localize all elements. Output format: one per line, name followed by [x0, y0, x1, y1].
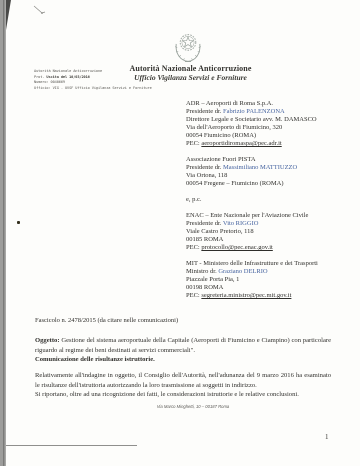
recipient-pec-line: PEC: protocollo@pec.enac.gov.it	[186, 244, 351, 252]
recipient-list: ADR – Aeroporti di Roma S.p.A. President…	[186, 100, 351, 308]
recipient-president-line: Presidente dr. Fabrizio PALENZONA	[186, 108, 351, 116]
person-link-riggio[interactable]: Vito RIGGIO	[223, 220, 259, 227]
pec-link-adr[interactable]: aeroportidiromaspa@pec.adr.it	[201, 140, 281, 147]
recipient-pec-line: PEC: segreteria.ministro@pec.mit.gov.it	[186, 292, 351, 300]
recipient-pec-line: PEC: aeroportidiromaspa@pec.adr.it	[186, 140, 351, 148]
subject-paragraph: Oggetto: Gestione del sistema aeroportua…	[35, 336, 331, 365]
pec-link-enac[interactable]: protocollo@pec.enac.gov.it	[201, 244, 272, 251]
person-link-mattiuzzo[interactable]: Massimiliano MATTIUZZO	[223, 164, 297, 171]
cc-label: e, p.c.	[186, 196, 351, 204]
recipient-name: ADR – Aeroporti di Roma S.p.A.	[186, 100, 351, 108]
recipient-adr: ADR – Aeroporti di Roma S.p.A. President…	[186, 100, 351, 148]
body-paragraph-1: Relativamente all'indagine in oggetto, i…	[35, 371, 331, 390]
recipient-city: 00054 Fiumicino (ROMA)	[186, 132, 351, 140]
scan-corner-artifact	[6, 0, 11, 30]
recipient-city: 00185 ROMA	[186, 236, 351, 244]
recipient-street: Piazzale Porta Pia, 1	[186, 276, 351, 284]
recipient-street: Viale Castro Pretorio, 118	[186, 228, 351, 236]
body-paragraph-2: Si riportano, oltre ad una ricognizione …	[35, 390, 331, 400]
italian-republic-emblem-icon	[169, 27, 207, 64]
footer-address: Via Marco Minghetti, 10 – 00187 Roma	[63, 404, 323, 409]
subject-bold-line: Comunicazione delle risultanze istruttor…	[35, 355, 331, 365]
recipient-name: ENAC – Ente Nazionale per l'Aviazione Ci…	[186, 212, 351, 220]
recipient-minister-line: Ministro dr. Graziano DELRIO	[186, 268, 351, 276]
recipient-mit: MIT - Ministero delle Infrastrutture e d…	[186, 260, 351, 300]
person-link-palenzona[interactable]: Fabrizio PALENZONA	[223, 108, 285, 115]
fascicolo-reference: Fascicolo n. 2478/2015 (da citare nelle …	[35, 317, 335, 324]
recipient-president-line: Presidente dr. Vito RIGGIO	[186, 220, 351, 228]
recipient-enac: ENAC – Ente Nazionale per l'Aviazione Ci…	[186, 212, 351, 252]
protocol-office: Ufficio: VIG - UVSF Ufficio Vigilanza Se…	[34, 86, 184, 92]
pen-mark-artifact	[33, 5, 47, 17]
letter-body: Relativamente all'indagine in oggetto, i…	[35, 371, 331, 400]
scanned-letter-page: Autorità Nazionale Anticorruzione Uffici…	[3, 0, 360, 466]
recipient-street: Via Ortona, 118	[186, 172, 351, 180]
person-link-delrio[interactable]: Graziano DELRIO	[218, 268, 267, 275]
recipient-city: 00054 Fregene – Fiumicino (ROMA)	[186, 180, 351, 188]
protocol-stamp: Autorità Nazionale Anticorruzione Prot. …	[34, 69, 184, 91]
protocol-date: Uscita del 10/03/2016	[46, 75, 89, 79]
scan-edge-shadow	[3, 0, 6, 466]
subject-text: Gestione del sistema aeroportuale della …	[35, 337, 331, 354]
recipient-fuori-pista: Associazione Fuori PISTA Presidente dr. …	[186, 156, 351, 188]
recipient-president-line: Presidente dr. Massimiliano MATTIUZZO	[186, 164, 351, 172]
ink-dot-artifact	[17, 221, 20, 224]
recipient-city: 00198 ROMA	[186, 284, 351, 292]
page-number: 1	[325, 433, 329, 441]
recipient-director-line: Direttore Legale e Societario avv. M. DA…	[186, 116, 351, 124]
recipient-street: Via dell'Aeroporto di Fiumicino, 320	[186, 124, 351, 132]
pec-link-mit[interactable]: segreteria.ministro@pec.mit.gov.it	[201, 292, 291, 299]
recipient-name: MIT - Ministero delle Infrastrutture e d…	[186, 260, 351, 268]
recipient-name: Associazione Fuori PISTA	[186, 156, 351, 164]
scan-line-artifact	[6, 445, 137, 446]
subject-label: Oggetto:	[35, 337, 60, 344]
